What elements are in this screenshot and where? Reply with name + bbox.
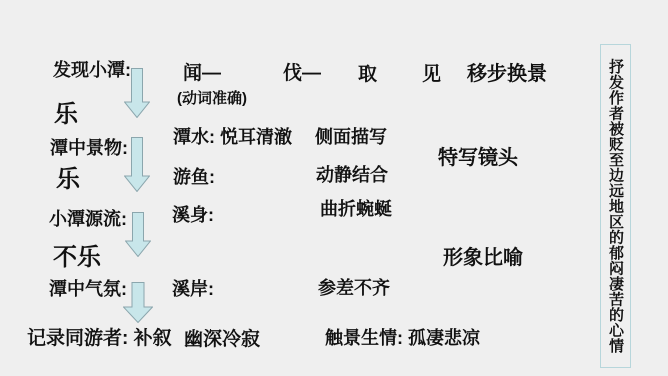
theme-summary-box: 抒发作者被贬至边远地区的郁闷凄苦的心情 (600, 44, 631, 368)
verb-see-label: 见 (422, 65, 441, 86)
technique-closeup-label: 特写镜头 (438, 147, 518, 169)
verb-hear-label: 闻— (183, 64, 221, 85)
stage-record-companions-label: 记录同游者: 补叙 (27, 329, 172, 350)
down-arrow-icon (124, 68, 150, 118)
verb-accuracy-note: (动词准确) (177, 91, 247, 108)
stream-body-label: 溪身: (172, 206, 214, 226)
stream-body-desc-label: 曲折蜿蜒 (320, 200, 392, 220)
down-arrow-icon (124, 137, 150, 192)
stage-pond-scenery-label: 潭中景物: (50, 139, 128, 159)
technique-metaphor-label: 形象比喻 (443, 247, 523, 269)
pond-water-label: 潭水: 悦耳清澈 (173, 128, 292, 148)
mood-joy-1-label: 乐 (54, 102, 78, 128)
scene-emotion-label: 触景生情: 孤凄悲凉 (325, 329, 480, 349)
verb-take-label: 取 (358, 65, 377, 86)
theme-summary-text: 抒发作者被贬至边远地区的郁闷凄苦的心情 (601, 59, 630, 354)
down-arrow-icon (125, 212, 151, 257)
swimming-fish-label: 游鱼: (173, 168, 215, 188)
technique-side-description-label: 侧面描写 (315, 128, 387, 148)
technique-motion-stillness-label: 动静结合 (316, 166, 388, 186)
stream-bank-label: 溪岸: (172, 280, 214, 300)
stage-pond-source-label: 小潭源流: (49, 210, 127, 230)
lesson-structure-slide: 发现小潭: 乐 潭中景物: 乐 小潭源流: 不乐 潭中气氛: 记录同游者: 补叙… (0, 0, 668, 376)
mood-joy-2-label: 乐 (56, 167, 80, 193)
verb-cut-label: 伐— (283, 64, 321, 85)
atmosphere-desc-label: 幽深冷寂 (184, 330, 260, 351)
stage-pond-atmosphere-label: 潭中气氛: (49, 280, 127, 300)
technique-moving-view-label: 移步换景 (467, 63, 547, 85)
down-arrow-icon (123, 282, 153, 323)
mood-not-joy-label: 不乐 (53, 245, 101, 271)
stage-discover-pond-label: 发现小潭: (53, 61, 131, 81)
stream-bank-desc-label: 参差不齐 (318, 279, 390, 299)
